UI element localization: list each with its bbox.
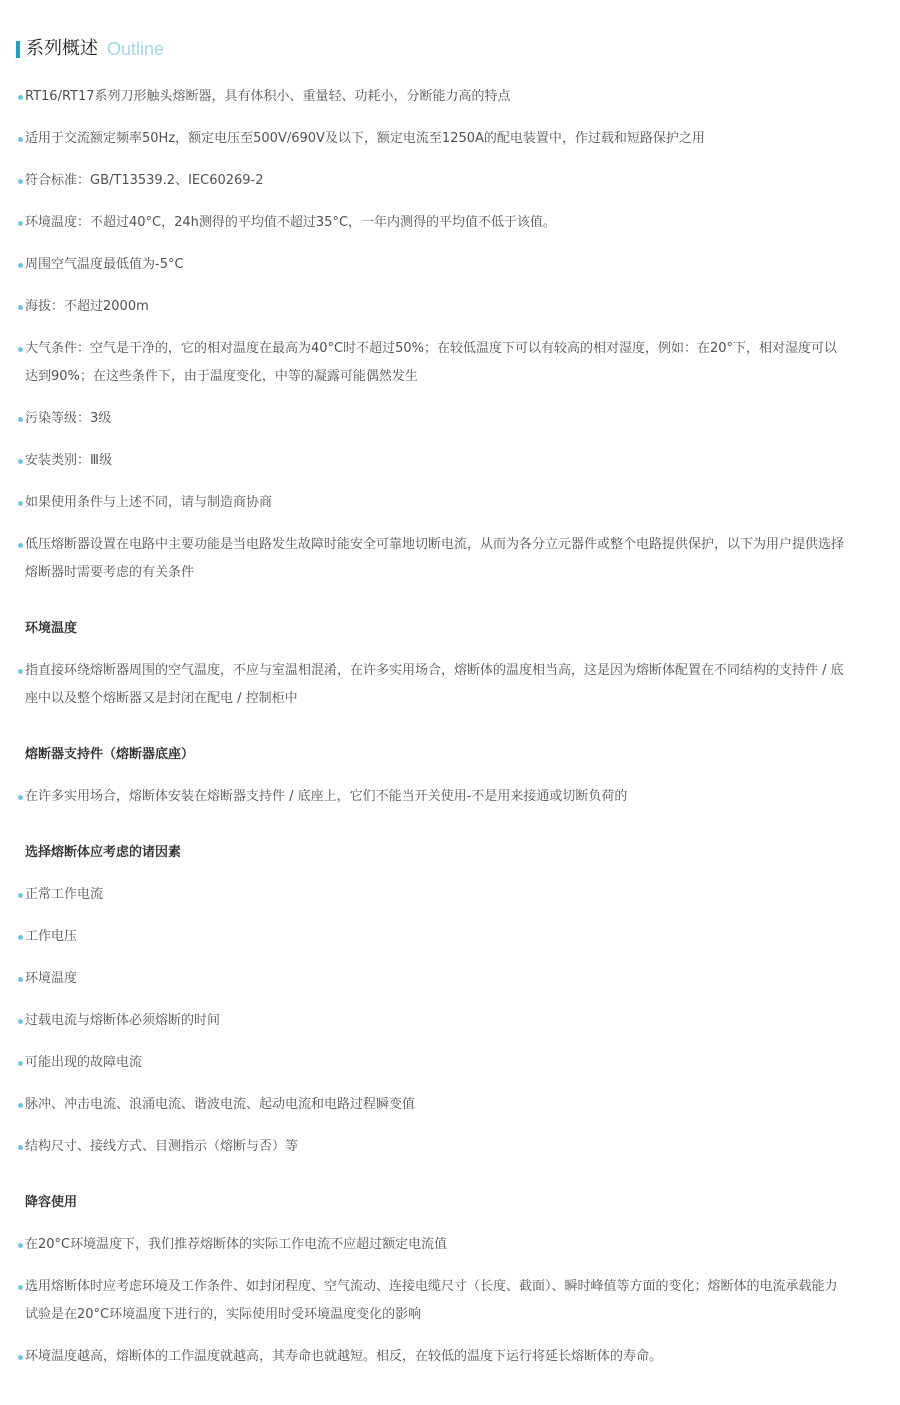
- list-item: 结构尺寸、接线方式、目测指示（熔断与否）等: [16, 1133, 846, 1161]
- list-item: 环境温度: [16, 965, 846, 993]
- list-item: 可能出现的故障电流: [16, 1049, 846, 1077]
- section-title: 系列概述 Outline: [16, 37, 164, 61]
- list-item: 环境温度越高，熔断体的工作温度就越高，其寿命也就越短。相反，在较低的温度下运行将…: [16, 1343, 846, 1371]
- list-item: 大气条件：空气是干净的，它的相对温度在最高为40°C时不超过50%；在较低温度下…: [16, 335, 846, 391]
- bullet-dot-icon: [18, 501, 23, 506]
- list-item: 低压熔断器设置在电路中主要功能是当电路发生故障时能安全可靠地切断电流，从而为各分…: [16, 531, 846, 587]
- bullet-dot-icon: [18, 1103, 23, 1108]
- bullet-dot-icon: [18, 669, 23, 674]
- list-item: 选用熔断体时应考虑环境及工作条件、如封闭程度、空气流动、连接电缆尺寸（长度、截面…: [16, 1273, 846, 1329]
- bullet-dot-icon: [18, 95, 23, 100]
- list-item: 周围空气温度最低值为-5°C: [16, 251, 846, 279]
- bullet-dot-icon: [18, 305, 23, 310]
- list-item: 安装类别：Ⅲ级: [16, 447, 846, 475]
- bullet-dot-icon: [18, 1285, 23, 1290]
- list-item: 指直接环绕熔断器周围的空气温度，不应与室温相混淆，在许多实用场合，熔断体的温度相…: [16, 657, 846, 713]
- bullet-dot-icon: [18, 417, 23, 422]
- bullet-dot-icon: [18, 263, 23, 268]
- bullet-dot-icon: [18, 893, 23, 898]
- list-item: 在20°C环境温度下，我们推荐熔断体的实际工作电流不应超过额定电流值: [16, 1231, 846, 1259]
- bullet-dot-icon: [18, 1355, 23, 1360]
- bullet-dot-icon: [18, 179, 23, 184]
- bullet-dot-icon: [18, 1019, 23, 1024]
- bullet-dot-icon: [18, 543, 23, 548]
- list-item: 在许多实用场合，熔断体安装在熔断器支持件 / 底座上，它们不能当开关使用-不是用…: [16, 783, 846, 811]
- list-item: 适用于交流额定频率50Hz，额定电压至500V/690V及以下，额定电流至125…: [16, 125, 846, 153]
- title-english: Outline: [107, 37, 164, 61]
- bullet-dot-icon: [18, 1061, 23, 1066]
- list-item: RT16/RT17系列刀形触头熔断器，具有体积小、重量轻、功耗小，分断能力高的特…: [16, 83, 846, 111]
- list-item: 工作电压: [16, 923, 846, 951]
- list-item: 污染等级：3级: [16, 405, 846, 433]
- bullet-dot-icon: [18, 347, 23, 352]
- list-item: 脉冲、冲击电流、浪涌电流、谐波电流、起动电流和电路过程瞬变值: [16, 1091, 846, 1119]
- list-item: 正常工作电流: [16, 881, 846, 909]
- list-item: 过载电流与熔断体必须熔断的时间: [16, 1007, 846, 1035]
- section-heading-selection-factors: 选择熔断体应考虑的诸因素: [25, 839, 181, 867]
- bullet-dot-icon: [18, 977, 23, 982]
- bullet-dot-icon: [18, 221, 23, 226]
- list-item: 海拔：不超过2000m: [16, 293, 846, 321]
- title-accent-bar: [16, 41, 20, 58]
- section-heading-derating: 降容使用: [25, 1189, 77, 1217]
- list-item: 如果使用条件与上述不同，请与制造商协商: [16, 489, 846, 517]
- list-item: 环境温度：不超过40°C，24h测得的平均值不超过35°C，一年内测得的平均值不…: [16, 209, 846, 237]
- list-item: 符合标准：GB/T13539.2、IEC60269-2: [16, 167, 846, 195]
- bullet-dot-icon: [18, 459, 23, 464]
- title-chinese: 系列概述: [26, 37, 98, 61]
- section-heading-ambient-temperature: 环境温度: [25, 615, 77, 643]
- bullet-dot-icon: [18, 935, 23, 940]
- bullet-dot-icon: [18, 795, 23, 800]
- bullet-dot-icon: [18, 1243, 23, 1248]
- section-heading-fuse-holder: 熔断器支持件（熔断器底座）: [25, 741, 194, 769]
- bullet-dot-icon: [18, 1145, 23, 1150]
- bullet-dot-icon: [18, 137, 23, 142]
